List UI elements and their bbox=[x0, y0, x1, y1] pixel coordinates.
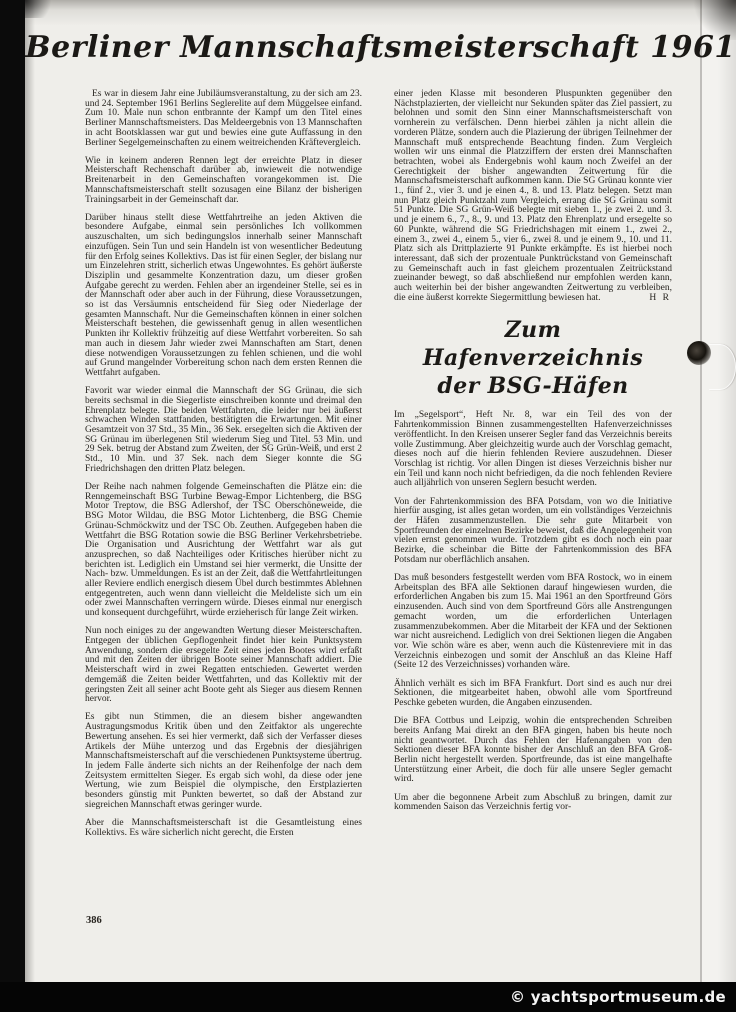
paragraph: Ähnlich verhält es sich im BFA Frankfurt… bbox=[394, 680, 672, 709]
paragraph: Das muß besonders festgestellt werden vo… bbox=[394, 574, 672, 671]
paragraph: Die BFA Cottbus und Leipzig, wohin die e… bbox=[394, 717, 672, 785]
article-title: Berliner Mannschaftsmeisterschaft 1961 bbox=[25, 30, 736, 65]
section-heading: Zum Hafenverzeichnis der BSG-Häfen bbox=[394, 316, 672, 400]
continuation-block: einer jeden Klasse mit besonderen Pluspu… bbox=[394, 90, 672, 303]
paragraph: Um aber die begonnene Arbeit zum Abschlu… bbox=[394, 794, 672, 813]
paragraph: Aber die Mannschaftsmeisterschaft ist di… bbox=[85, 819, 362, 838]
author-initials: H R bbox=[649, 294, 671, 304]
page-number: 386 bbox=[86, 915, 102, 926]
hole-punch bbox=[687, 341, 711, 365]
paragraph: Darüber hinaus stellt diese Wettfahrtrei… bbox=[85, 214, 362, 379]
article-column-left: Es war in diesem Jahr eine Jubiläumsvera… bbox=[85, 90, 362, 847]
page-edge-margin bbox=[702, 0, 736, 982]
section-heading-line: der BSG-Häfen bbox=[394, 372, 672, 400]
paragraph: Favorit war wieder einmal die Mannschaft… bbox=[85, 387, 362, 474]
article-column-right: einer jeden Klasse mit besonderen Pluspu… bbox=[394, 90, 672, 821]
paragraph: Es war in diesem Jahr eine Jubiläumsvera… bbox=[85, 90, 362, 148]
paragraph: Es gibt nun Stimmen, die an diesem bishe… bbox=[85, 713, 362, 810]
scanned-page: Berliner Mannschaftsmeisterschaft 1961 E… bbox=[0, 0, 736, 1012]
page-fold-line bbox=[700, 0, 702, 982]
scan-edge-left bbox=[0, 0, 25, 1012]
paragraph: Im „Segelsport“, Heft Nr. 8, war ein Tei… bbox=[394, 411, 672, 489]
scan-shadow-top-left bbox=[25, 0, 55, 18]
paragraph: einer jeden Klasse mit besonderen Pluspu… bbox=[394, 90, 672, 303]
section-heading-line: Zum Hafenverzeichnis bbox=[394, 316, 672, 372]
paragraph: Der Reihe nach nahmen folgende Gemeinsch… bbox=[85, 483, 362, 619]
watermark: © yachtsportmuseum.de bbox=[510, 988, 726, 1006]
watermark-bar: © yachtsportmuseum.de bbox=[0, 982, 736, 1012]
paragraph: Wie in keinem anderen Rennen legt der er… bbox=[85, 157, 362, 206]
magazine-page: Berliner Mannschaftsmeisterschaft 1961 E… bbox=[25, 0, 736, 982]
paragraph: Nun noch einiges zu der angewandten Wert… bbox=[85, 627, 362, 705]
paragraph: Von der Fahrtenkommission des BFA Potsda… bbox=[394, 498, 672, 566]
